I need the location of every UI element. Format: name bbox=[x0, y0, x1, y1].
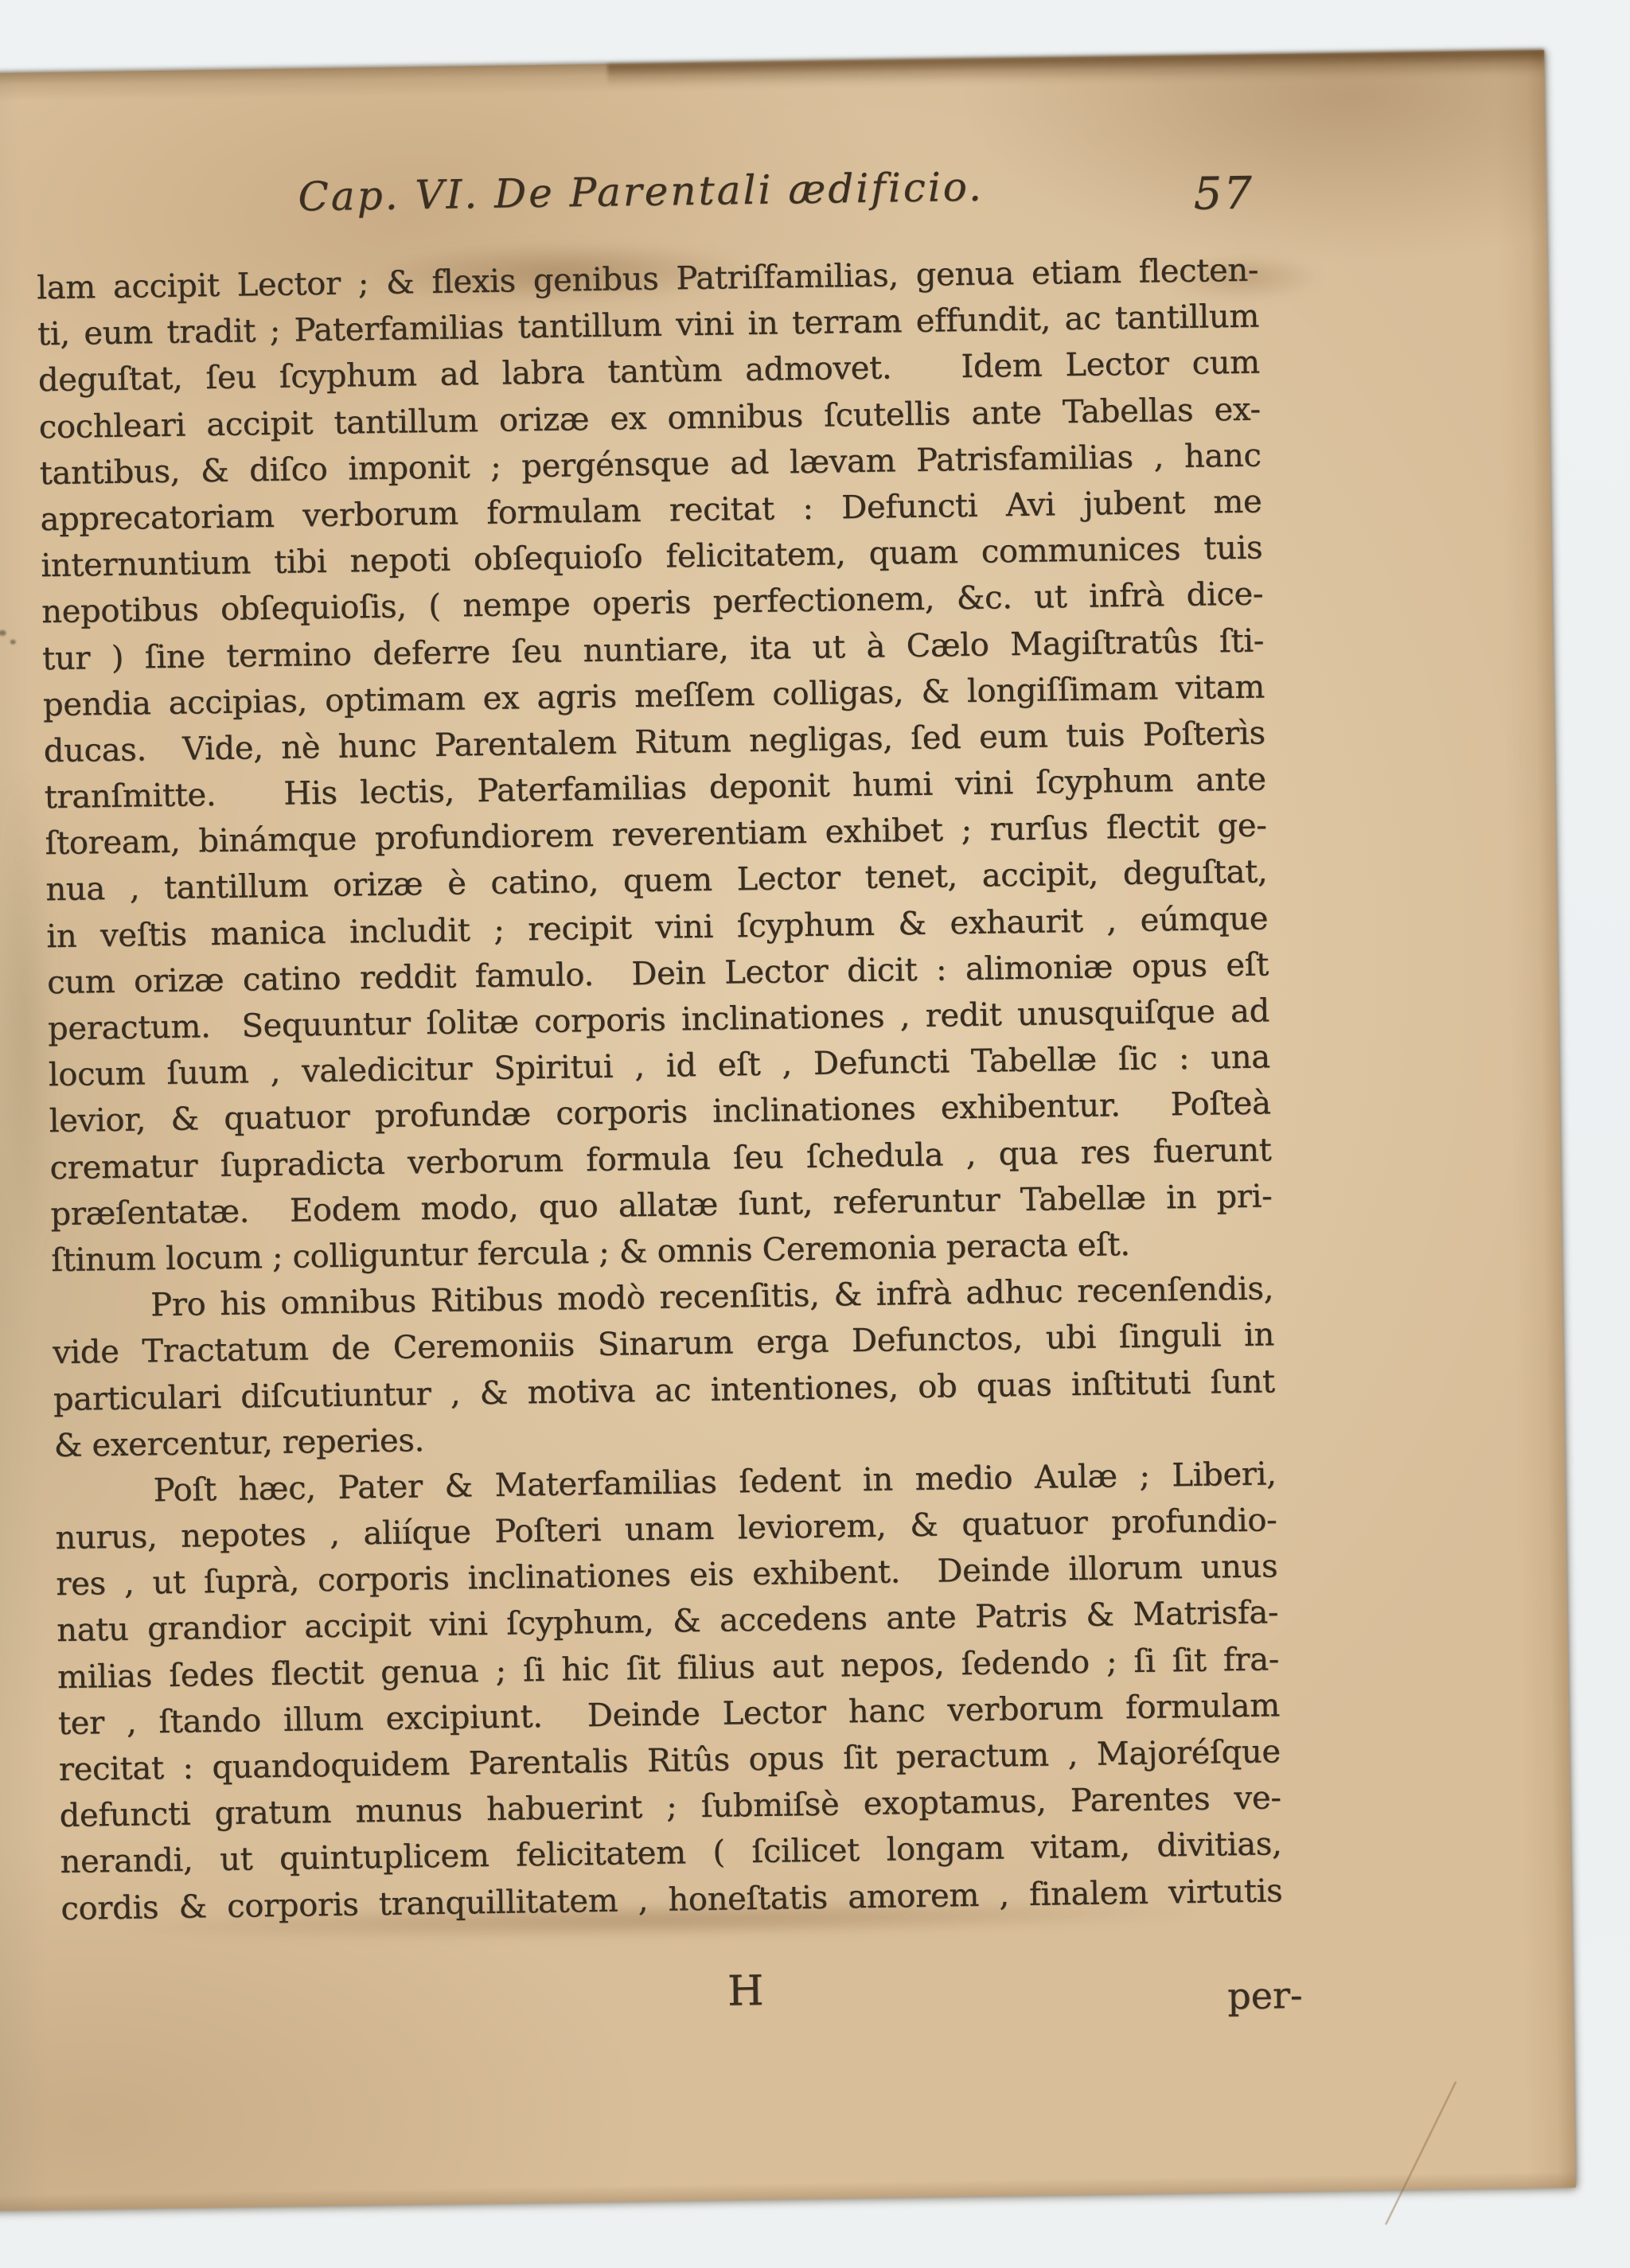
running-header-title: Cap. VI. De Parentali ædificio. bbox=[298, 164, 984, 220]
paragraph-1: lam accipit Lector ; & flexis genibus Pa… bbox=[37, 247, 1273, 1284]
paper-speck bbox=[0, 630, 6, 636]
corner-crease bbox=[1385, 2081, 1456, 2224]
paragraph-3: Poſt hæc, Pater & Materfamilias ſedent i… bbox=[54, 1451, 1282, 1932]
page-top-edge-shadow bbox=[607, 50, 1545, 86]
book-page: Cap. VI. De Parentali ædificio. 57 lam a… bbox=[0, 50, 1576, 2211]
text-block: lam accipit Lector ; & flexis genibus Pa… bbox=[37, 247, 1283, 1952]
paragraph-2: Pro his omnibus Ritibus modò recenſitis,… bbox=[52, 1265, 1276, 1468]
catchword: per- bbox=[1227, 1974, 1303, 2017]
signature-mark: H bbox=[727, 1967, 764, 2016]
paper-speck bbox=[10, 640, 16, 645]
page-number: 57 bbox=[1193, 168, 1254, 220]
